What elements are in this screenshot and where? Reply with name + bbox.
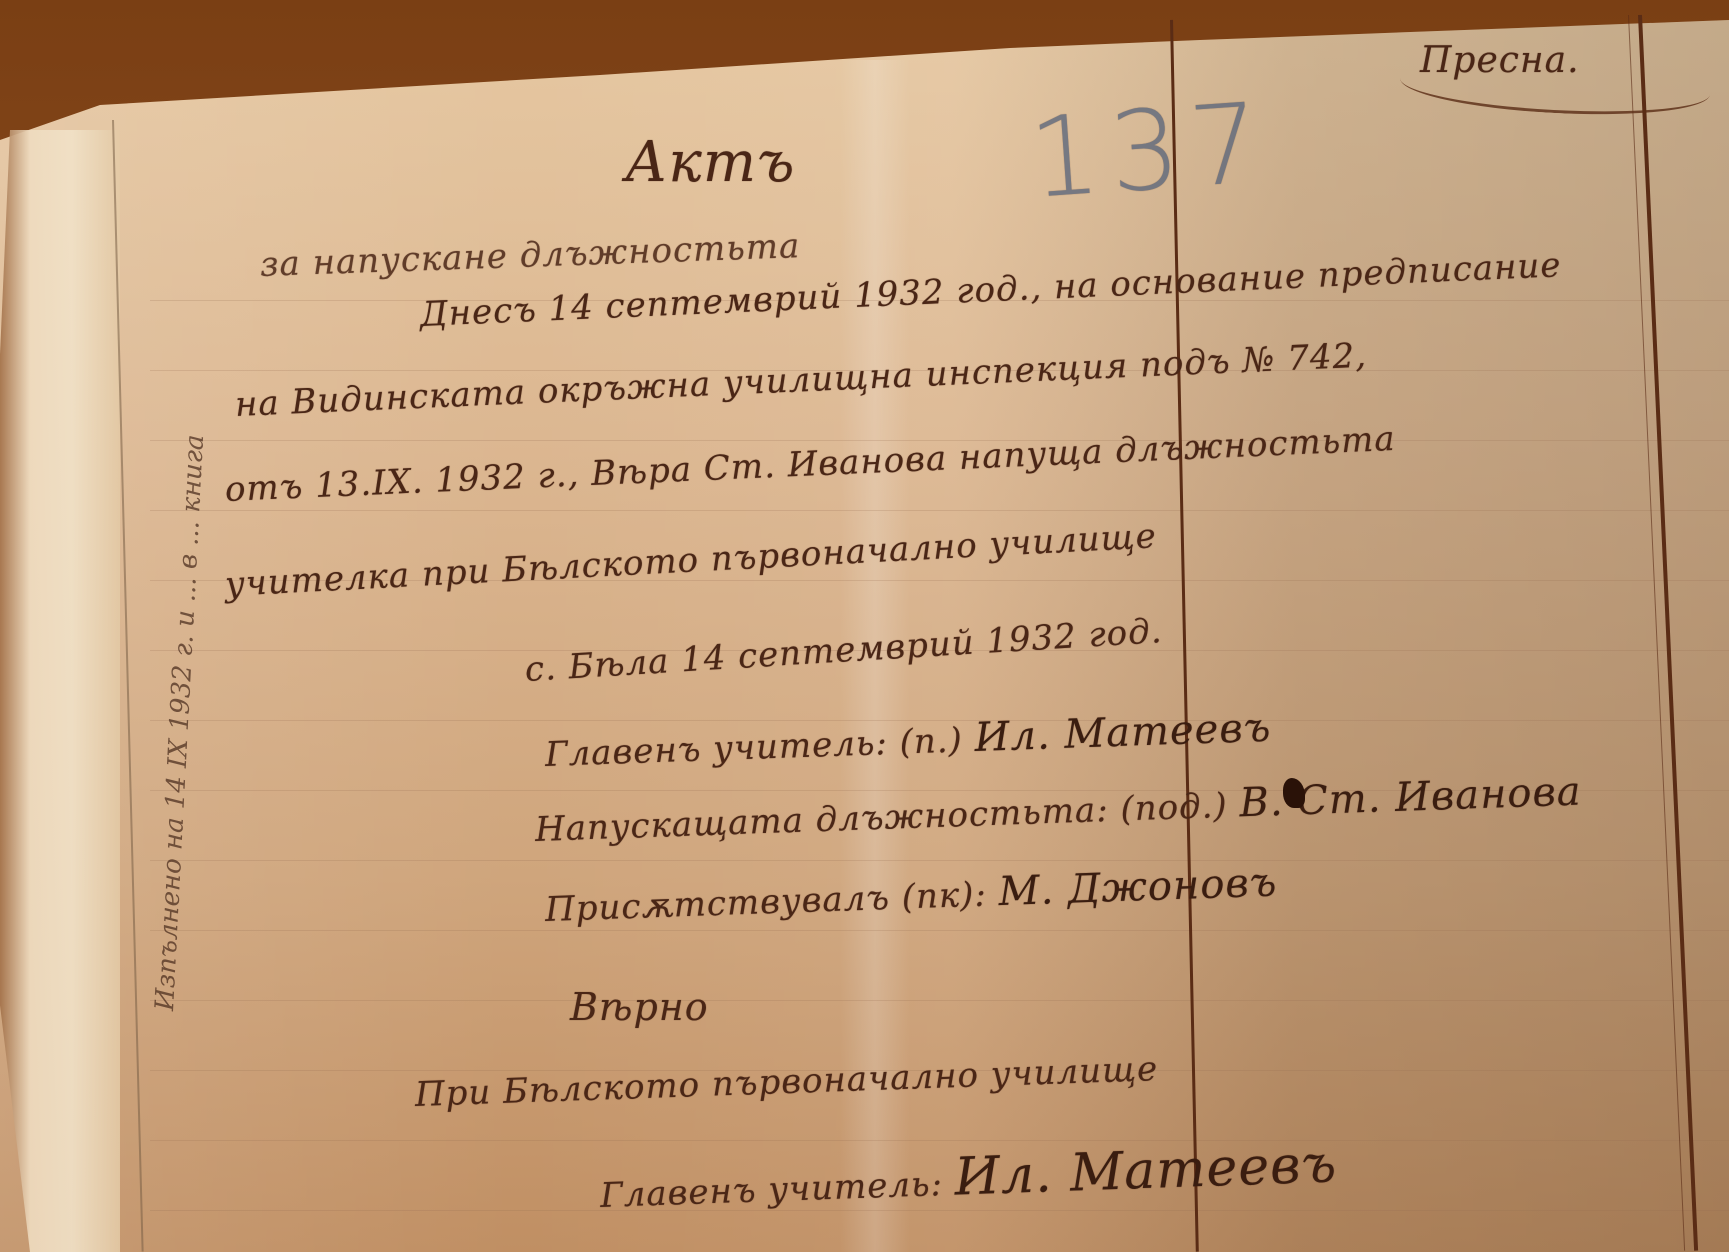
certification-label: Вѣрно [570, 985, 709, 1029]
ruled-line [150, 510, 1729, 511]
ruled-line [150, 930, 1729, 931]
signature-name: М. Джоновъ [998, 859, 1278, 915]
ruled-line [150, 860, 1729, 861]
folded-paper-edge [0, 130, 120, 1252]
ruled-line [150, 1140, 1729, 1141]
archive-number: 137 [1026, 78, 1274, 222]
certification-role: Главенъ учитель: [600, 1164, 944, 1216]
ruled-line [150, 1210, 1729, 1211]
ruled-line [150, 1000, 1729, 1001]
document-title: Актъ [625, 130, 795, 195]
